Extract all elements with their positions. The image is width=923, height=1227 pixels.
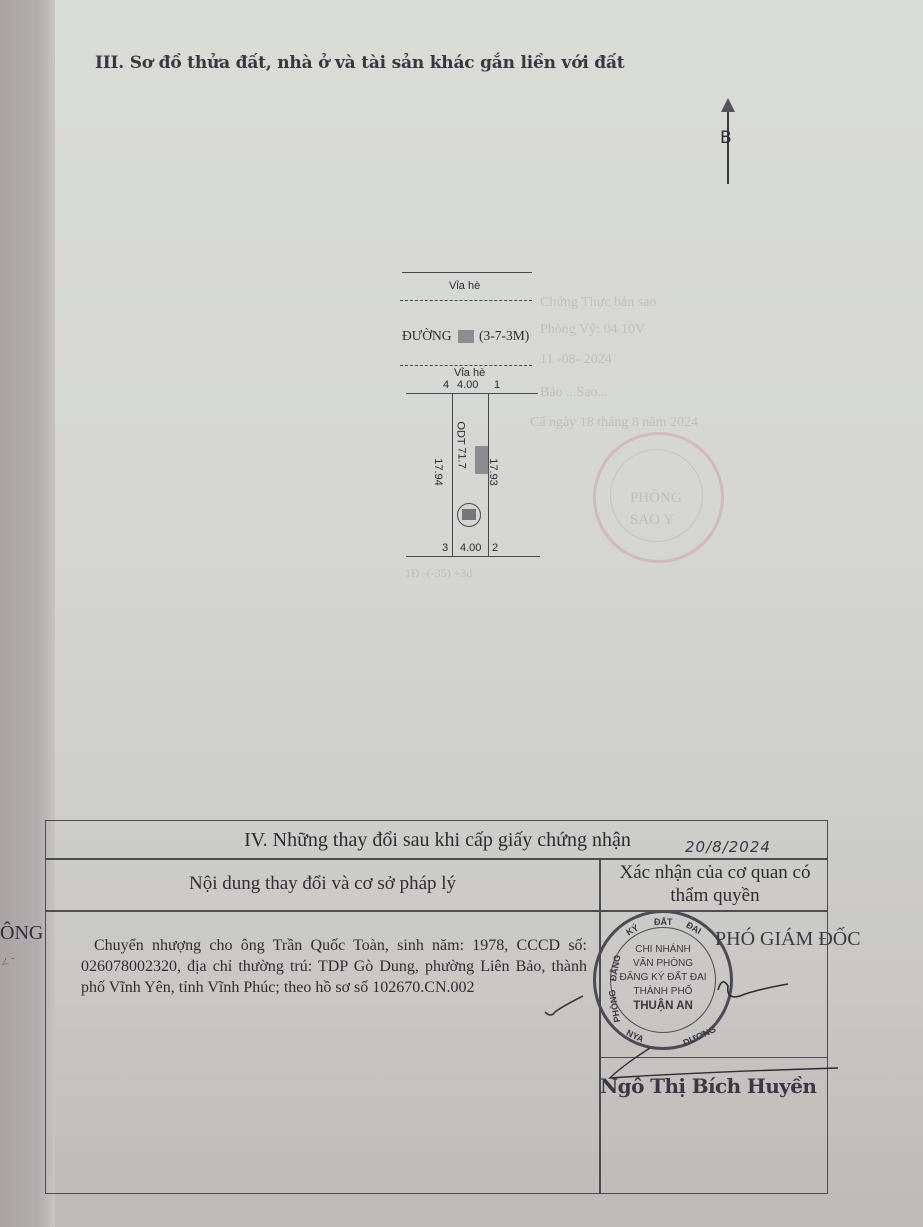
corner-1: 1 [494, 379, 500, 391]
sidewalk-top-boundary [402, 272, 532, 273]
signer-name: Ngô Thị Bích Huyền [600, 1074, 816, 1098]
change-entry-content: Chuyển nhượng cho ông Trần Quốc Toàn, si… [81, 935, 587, 998]
signature-rule [599, 1057, 827, 1058]
section-4-title: IV. Những thay đổi sau khi cấp giấy chứn… [46, 829, 829, 852]
left-margin-mark: ㄥ˘ [0, 953, 15, 969]
sidewalk-bottom-dashed-line [400, 365, 532, 366]
table-rule [46, 858, 827, 860]
column-header-content: Nội dung thay đổi và cơ sở pháp lý [46, 873, 599, 895]
width-top: 4.00 [457, 379, 478, 391]
column-divider [599, 858, 601, 1193]
corner-3: 3 [442, 542, 448, 554]
plot-bottom-edge [406, 556, 540, 557]
sidewalk-top-dashed-line [400, 300, 532, 301]
land-type: ODT [455, 421, 467, 444]
plot-area: 71.7 [456, 447, 468, 468]
stamp-line: THUẬN AN [596, 999, 730, 1013]
sidewalk-top-label: Vỉa hè [449, 280, 480, 292]
plot-top-edge [406, 393, 538, 394]
stamp-line: VĂN PHÒNG [596, 957, 730, 971]
length-left: 17.94 [432, 458, 444, 486]
plot-diagram: Vỉa hè ĐƯỜNG (3-7-3M) Vỉa hè 4 4.00 1 OD… [0, 0, 923, 600]
stamp-line: THÀNH PHỐ [596, 985, 730, 999]
house-symbol [462, 509, 476, 520]
house-circle-icon [457, 503, 481, 527]
signer-role: PHÓ GIÁM ĐỐC [715, 928, 861, 951]
length-right: 17.93 [487, 458, 499, 486]
stamp-ring-text: ĐẤT [654, 917, 673, 927]
corner-2: 2 [492, 542, 498, 554]
column-header-confirmation: Xác nhận của cơ quan có thẩm quyền [601, 861, 829, 907]
corner-4: 4 [443, 379, 449, 391]
stamp-line: ĐĂNG KÝ ĐẤT ĐAI [596, 971, 730, 985]
plot-left-edge [452, 393, 453, 557]
sidewalk-bottom-label: Vỉa hè [454, 367, 485, 379]
stamp-center-text: CHI NHÁNH VĂN PHÒNG ĐĂNG KÝ ĐẤT ĐAI THÀN… [596, 943, 730, 1013]
stamp-line: CHI NHÁNH [596, 943, 730, 957]
official-stamp: KÝ ĐẤT ĐAI ĐĂNG PHÒNG NYA DƯƠNG CHI NHÁN… [593, 910, 733, 1050]
left-margin-fragment: ÔNG [0, 922, 43, 945]
redacted-road-name [458, 330, 474, 343]
road-label: ĐƯỜNG [402, 328, 451, 344]
table-rule [46, 910, 827, 912]
width-bottom: 4.00 [460, 542, 481, 554]
road-width: (3-7-3M) [479, 328, 529, 344]
